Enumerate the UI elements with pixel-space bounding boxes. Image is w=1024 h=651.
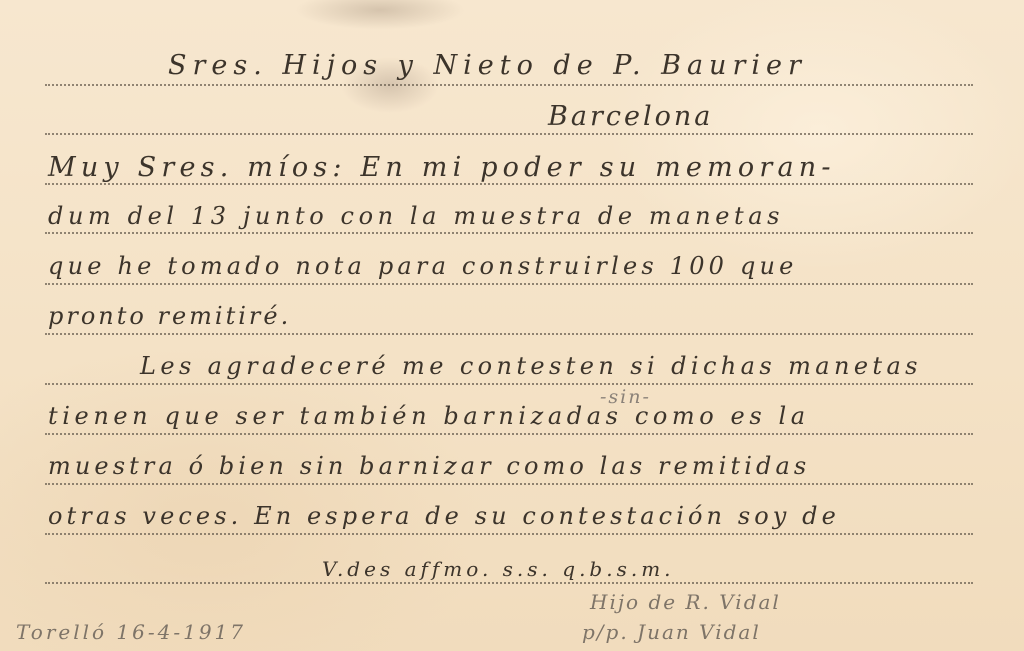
ruled-line [45, 483, 973, 485]
body-line-3: que he tomado nota para construirles 100… [48, 252, 798, 280]
signature-person: p/p. Juan Vidal [582, 620, 761, 644]
body-line-7: muestra ó bien sin barnizar como las rem… [48, 452, 810, 480]
body-line-4: pronto remitiré. [48, 302, 291, 330]
closing-formula: V.des affmo. s.s. q.b.s.m. [322, 557, 675, 581]
addressee-city: Barcelona [548, 101, 713, 132]
body-line-6: tienen que ser también barnizadas como e… [48, 402, 810, 430]
ruled-line [45, 183, 973, 185]
place-date: Torelló 16-4-1917 [16, 620, 246, 644]
addressee-name: Sres. Hijos y Nieto de P. Baurier [168, 50, 807, 81]
body-line-5: Les agradeceré me contesten si dichas ma… [140, 352, 922, 380]
ruled-line [45, 582, 973, 584]
ruled-line [45, 333, 973, 335]
body-line-2: dum del 13 junto con la muestra de manet… [48, 202, 784, 230]
ruled-line [45, 133, 973, 135]
postcard: Sres. Hijos y Nieto de P. Baurier Barcel… [0, 0, 1024, 651]
ruled-line [45, 232, 973, 234]
ruled-line [45, 433, 973, 435]
ruled-line [45, 283, 973, 285]
body-line-1: Muy Sres. míos: En mi poder su memoran- [48, 152, 836, 183]
signature-company: Hijo de R. Vidal [590, 590, 781, 614]
ruled-line [45, 533, 973, 535]
body-line-8: otras veces. En espera de su contestació… [48, 502, 840, 530]
ruled-line [45, 383, 973, 385]
ruled-line [45, 84, 973, 86]
